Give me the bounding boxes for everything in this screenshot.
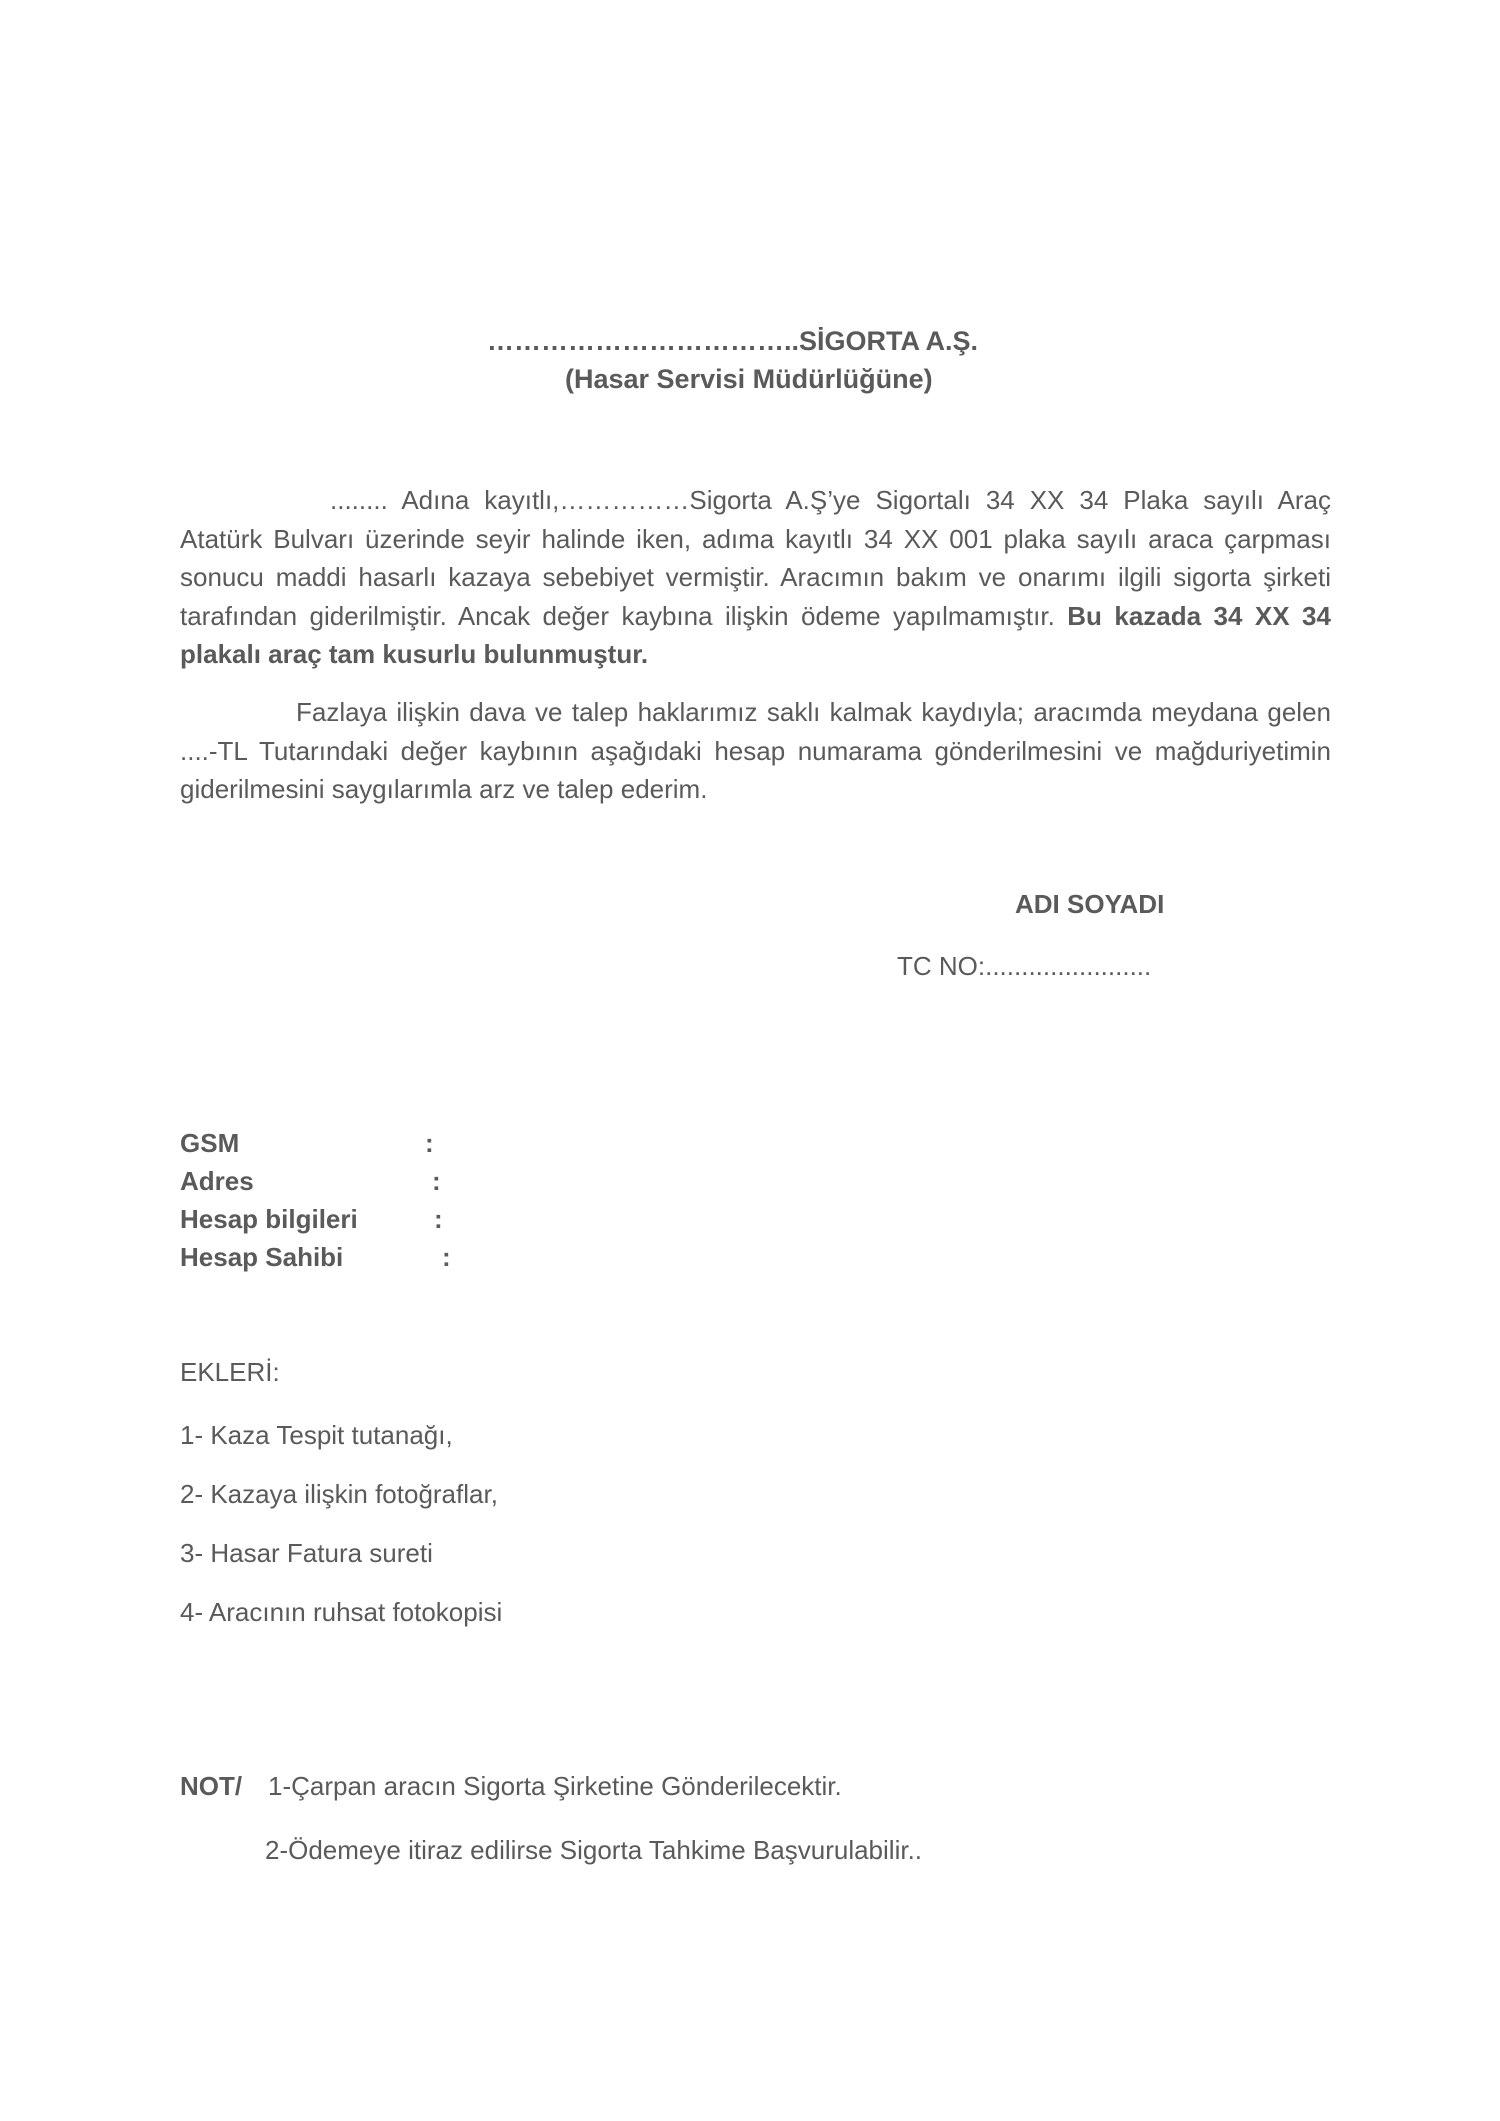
signature-tc-number: TC NO:....................... [897,951,1151,982]
attachment-item: 4- Aracının ruhsat fotokopisi [180,1593,502,1652]
attachments-list: 1- Kaza Tespit tutanağı, 2- Kazaya ilişk… [180,1416,502,1652]
body-paragraph-2: Fazlaya ilişkin dava ve talep haklarımız… [180,693,1331,809]
recipient-company: ……………………………..SİGORTA A.Ş. [487,322,978,360]
note-item-1: 1-Çarpan aracın Sigorta Şirketine Gönder… [268,1771,842,1801]
recipient-department: (Hasar Servisi Müdürlüğüne) [565,360,933,398]
note-line-1: NOT/1-Çarpan aracın Sigorta Şirketine Gö… [180,1771,842,1802]
attachment-item: 3- Hasar Fatura sureti [180,1534,502,1593]
contact-row-account-info: Hesap bilgileri : [180,1200,358,1238]
attachment-item: 1- Kaza Tespit tutanağı, [180,1416,502,1475]
note-item-2: 2-Ödemeye itiraz edilirse Sigorta Tahkim… [265,1835,922,1866]
document-page: ……………………………..SİGORTA A.Ş. (Hasar Servisi… [0,0,1500,2121]
attachments-title: EKLERİ: [180,1357,280,1388]
contact-label: GSM [180,1128,239,1158]
contact-info: GSM : Adres : Hesap bilgileri : Hesap Sa… [180,1124,358,1276]
paragraph-2-text: Fazlaya ilişkin dava ve talep haklarımız… [180,697,1331,804]
attachment-item: 2- Kazaya ilişkin fotoğraflar, [180,1475,502,1534]
contact-colon: : [432,1162,441,1200]
contact-colon: : [434,1200,443,1238]
contact-row-address: Adres : [180,1162,358,1200]
contact-row-gsm: GSM : [180,1124,358,1162]
signature-name: ADI SOYADI [1015,889,1164,920]
body-paragraph-1: ........ Adına kayıtlı,……………Sigorta A.Ş’… [180,481,1331,674]
contact-colon: : [425,1124,434,1162]
contact-label: Hesap bilgileri [180,1204,358,1234]
contact-label: Adres [180,1166,254,1196]
note-label: NOT/ [180,1771,268,1802]
contact-colon: : [442,1238,451,1276]
contact-label: Hesap Sahibi [180,1242,343,1272]
contact-row-account-holder: Hesap Sahibi : [180,1238,358,1276]
